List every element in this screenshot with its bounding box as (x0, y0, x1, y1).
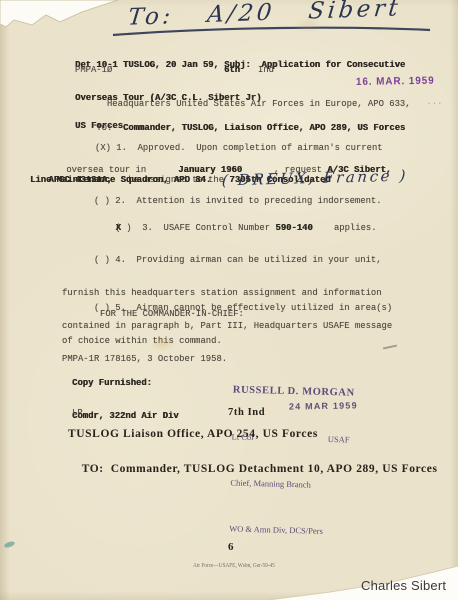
scanned-document: To: A/20 Sibert Det 10-1 TUSLOG, 20 Jan … (0, 0, 458, 600)
paragraph-1-line-1: (X) 1. Approved. Upon completion of airm… (95, 143, 383, 154)
office-symbol: PMPA-1Ø (75, 65, 112, 76)
indorsement-word: Ind (258, 65, 274, 76)
to7-value: Commander, TUSLOG Detachment 10, APO 289… (111, 463, 438, 475)
page-number: 6 (228, 541, 234, 554)
paragraph-2: ( ) 2. Attention is invited to preceding… (62, 196, 382, 207)
stamp-service: USAF (328, 434, 350, 445)
received-date-stamp: 16. MAR. 1959 (356, 75, 435, 88)
to-value: Commander, TUSLOG, Liaison Office, APO 2… (123, 123, 405, 133)
typist-initials: LP (72, 408, 83, 419)
torn-corner (0, 0, 180, 40)
ink-smudge (3, 540, 15, 548)
indorsement-7-number: 7th Ind (228, 406, 265, 419)
indorsement-7-office: TUSLOG Liaison Office, APO 254, US Force… (68, 428, 318, 441)
from-line-1: Headquarters United States Air Forces in… (107, 99, 411, 109)
paper-stain (150, 336, 176, 352)
stamp-name: RUSSELL D. MORGAN (233, 384, 351, 398)
indorsement-number: 6th (224, 65, 240, 76)
to-line-6th: TO: Commander, TUSLOG, Liaison Office, A… (75, 112, 405, 145)
commander-in-chief-line: FOR THE COMMANDER-IN-CHIEF: (100, 309, 244, 320)
to7-label: TO: (82, 463, 111, 475)
to-line-7th: TO: Commander, TUSLOG Detachment 10, APO… (68, 450, 438, 489)
stamp-office: WO & Amn Div, DCS/Pers (229, 523, 347, 536)
paper-stain (293, 16, 323, 34)
forwarded-date-stamp: 24 MAR 1959 (289, 400, 358, 411)
fill-in-control-number: 590-140 (275, 223, 312, 233)
paragraph-1-line-4: Line Maintenance Squadron, APO 84. (30, 175, 211, 186)
caption-label: Charles Sibert (361, 578, 446, 593)
subject-line-1: Det 10-1 TUSLOG, 20 Jan 59, Subj: Applic… (75, 60, 405, 71)
faint-typed-marks: ··· ··· (411, 99, 458, 109)
to-label: TO: (96, 123, 123, 133)
